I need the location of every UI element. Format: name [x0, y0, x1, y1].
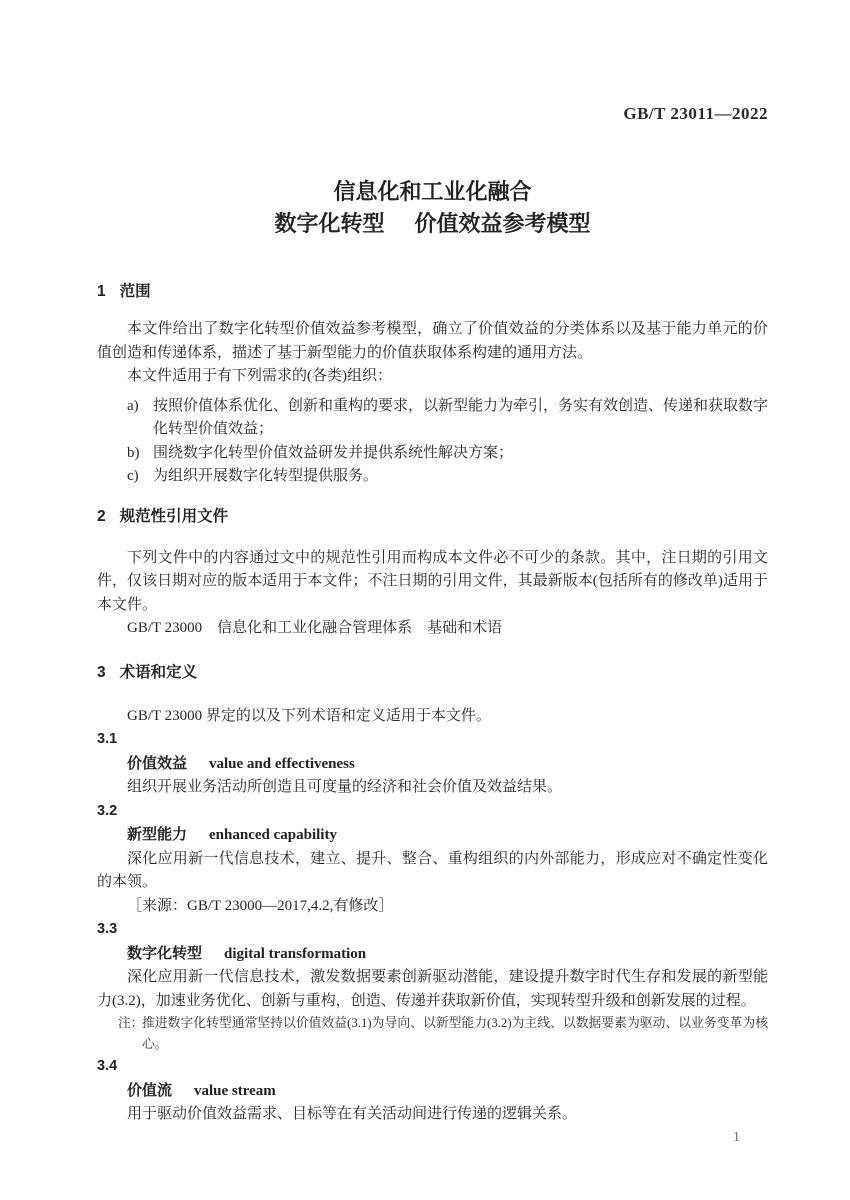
list-text-c: 为组织开展数字化转型提供服务。	[153, 468, 378, 484]
list-text-a: 按照价值体系优化、创新和重构的要求，以新型能力为牵引，务实有效创造、传递和获取数…	[153, 398, 768, 438]
section-3-paragraph-1: GB/T 23000 界定的以及下列术语和定义适用于本文件。	[97, 705, 768, 729]
section-3-number: 3	[97, 664, 106, 681]
section-2-number: 2	[97, 508, 106, 525]
list-marker-b: b)	[127, 442, 140, 466]
term-3-1-english: value and effectiveness	[209, 756, 355, 772]
list-marker-c: c)	[127, 465, 139, 489]
page-content: GB/T 23011—2022 信息化和工业化融合 数字化转型价值效益参考模型 …	[0, 104, 850, 1149]
section-3-heading: 3术语和定义	[97, 663, 768, 683]
term-3-3-definition: 深化应用新一代信息技术，激发数据要素创新驱动潜能，建设提升数字时代生存和发展的新…	[97, 966, 768, 1013]
page-number: 1	[97, 1127, 768, 1149]
document-title-line1: 信息化和工业化融合	[97, 176, 768, 208]
list-item-a: a)按照价值体系优化、创新和重构的要求，以新型能力为牵引，务实有效创造、传递和获…	[97, 395, 768, 442]
section-1-paragraph-2: 本文件适用于有下列需求的(各类)组织：	[97, 365, 768, 389]
term-3-3-number: 3.3	[97, 918, 768, 942]
term-3-2-definition: 深化应用新一代信息技术，建立、提升、整合、重构组织的内外部能力，形成应对不确定性…	[97, 848, 768, 895]
list-marker-a: a)	[127, 395, 139, 419]
document-page: GB/T 23011—2022 信息化和工业化融合 数字化转型价值效益参考模型 …	[0, 0, 850, 1200]
note-text: 推进数字化转型通常坚持以价值效益(3.1)为导向、以新型能力(3.2)为主线、以…	[142, 1016, 768, 1051]
term-3-4-definition: 用于驱动价值效益需求、目标等在有关活动间进行传递的逻辑关系。	[97, 1103, 768, 1127]
term-3-4-name: 价值流value stream	[97, 1079, 768, 1104]
note-label: 注：	[118, 1013, 144, 1034]
term-3-3-english: digital transformation	[224, 946, 366, 962]
term-3-3-note: 注：推进数字化转型通常坚持以价值效益(3.1)为导向、以新型能力(3.2)为主线…	[97, 1013, 768, 1055]
section-2-paragraph-1: 下列文件中的内容通过文中的规范性引用而构成本文件必不可少的条款。其中，注日期的引…	[97, 547, 768, 618]
section-1-paragraph-1: 本文件给出了数字化转型价值效益参考模型，确立了价值效益的分类体系以及基于能力单元…	[97, 318, 768, 365]
section-1-list: a)按照价值体系优化、创新和重构的要求，以新型能力为牵引，务实有效创造、传递和获…	[97, 395, 768, 489]
term-3-4-number: 3.4	[97, 1055, 768, 1079]
term-3-2-chinese: 新型能力	[127, 826, 187, 843]
section-2-title: 规范性引用文件	[120, 508, 229, 525]
section-3-title: 术语和定义	[120, 664, 198, 681]
list-item-b: b)围绕数字化转型价值效益研发并提供系统性解决方案；	[97, 442, 768, 466]
section-1-heading: 1范围	[97, 282, 768, 302]
list-text-b: 围绕数字化转型价值效益研发并提供系统性解决方案；	[153, 445, 513, 461]
document-title-line2: 数字化转型价值效益参考模型	[97, 208, 768, 240]
term-3-2-source: ［来源：GB/T 23000—2017,4.2,有修改］	[97, 895, 768, 919]
term-3-1-chinese: 价值效益	[127, 755, 187, 772]
term-3-1-definition: 组织开展业务活动所创造且可度量的经济和社会价值及效益结果。	[97, 776, 768, 800]
section-1-title: 范围	[120, 283, 151, 300]
term-3-2-name: 新型能力enhanced capability	[97, 823, 768, 848]
term-3-1-name: 价值效益value and effectiveness	[97, 752, 768, 777]
list-item-c: c)为组织开展数字化转型提供服务。	[97, 465, 768, 489]
section-1-number: 1	[97, 283, 106, 300]
standard-number: GB/T 23011—2022	[97, 104, 768, 124]
section-2-heading: 2规范性引用文件	[97, 507, 768, 527]
title-part2: 价值效益参考模型	[415, 211, 591, 236]
document-title: 信息化和工业化融合 数字化转型价值效益参考模型	[97, 176, 768, 240]
term-3-3-chinese: 数字化转型	[127, 945, 202, 962]
term-3-4-english: value stream	[194, 1083, 276, 1099]
term-3-2-english: enhanced capability	[209, 827, 337, 843]
term-3-1-number: 3.1	[97, 728, 768, 752]
title-part1: 数字化转型	[274, 211, 384, 236]
term-3-3-name: 数字化转型digital transformation	[97, 942, 768, 967]
term-3-2-number: 3.2	[97, 800, 768, 824]
term-3-4-chinese: 价值流	[127, 1082, 172, 1099]
normative-reference: GB/T 23000 信息化和工业化融合管理体系 基础和术语	[97, 617, 768, 641]
